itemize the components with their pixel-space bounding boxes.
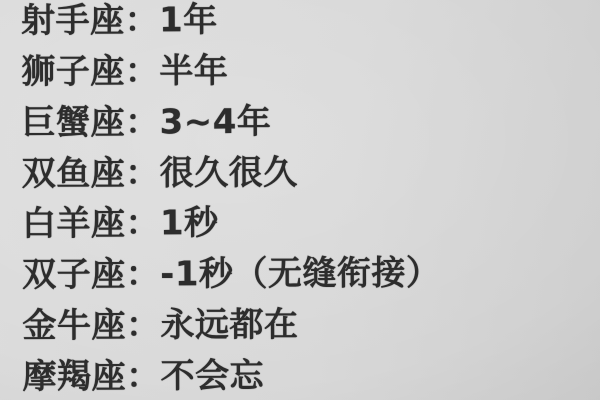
zodiac-sign: 金牛座 [22,309,126,343]
zodiac-duration: 1年 [159,3,218,37]
zodiac-duration: 1秒 [160,207,219,241]
colon-separator: ： [125,156,160,190]
zodiac-row-capricorn: 摩羯座：不会忘 [23,357,600,394]
colon-separator: ： [126,258,161,292]
zodiac-duration: -1秒（无缝衔接） [160,256,440,291]
zodiac-sign: 白羊座 [22,207,126,241]
colon-separator: ： [125,207,160,241]
zodiac-row-gemini: 双子座：-1秒（无缝衔接） [22,256,600,293]
zodiac-row-cancer: 巨蟹座：3~4年 [21,103,600,140]
zodiac-list: 射手座：1年 狮子座：半年 巨蟹座：3~4年 双鱼座：很久很久 白羊座：1秒 双… [21,1,600,394]
colon-separator: ： [126,308,161,342]
zodiac-duration: 不会忘 [161,359,265,393]
colon-separator: ： [124,3,159,37]
zodiac-sign: 双鱼座 [22,156,126,190]
zodiac-sign: 双子座 [22,258,126,292]
zodiac-duration: 3~4年 [159,105,271,139]
colon-separator: ： [125,54,160,88]
colon-separator: ： [126,359,161,393]
zodiac-sign: 狮子座 [21,54,125,88]
zodiac-sign: 巨蟹座 [21,105,125,139]
zodiac-duration: 永远都在 [160,308,298,343]
colon-separator: ： [125,105,160,139]
photo-background: 射手座：1年 狮子座：半年 巨蟹座：3~4年 双鱼座：很久很久 白羊座：1秒 双… [0,0,600,400]
zodiac-row-leo: 狮子座：半年 [21,52,600,89]
zodiac-sign: 射手座 [21,4,125,38]
zodiac-sign: 摩羯座 [23,359,127,393]
zodiac-duration: 半年 [159,54,228,88]
zodiac-row-aries: 白羊座：1秒 [22,205,600,242]
zodiac-row-sagittarius: 射手座：1年 [21,1,600,38]
zodiac-duration: 很久很久 [160,155,298,190]
zodiac-row-pisces: 双鱼座：很久很久 [22,154,600,191]
zodiac-row-taurus: 金牛座：永远都在 [22,307,600,344]
